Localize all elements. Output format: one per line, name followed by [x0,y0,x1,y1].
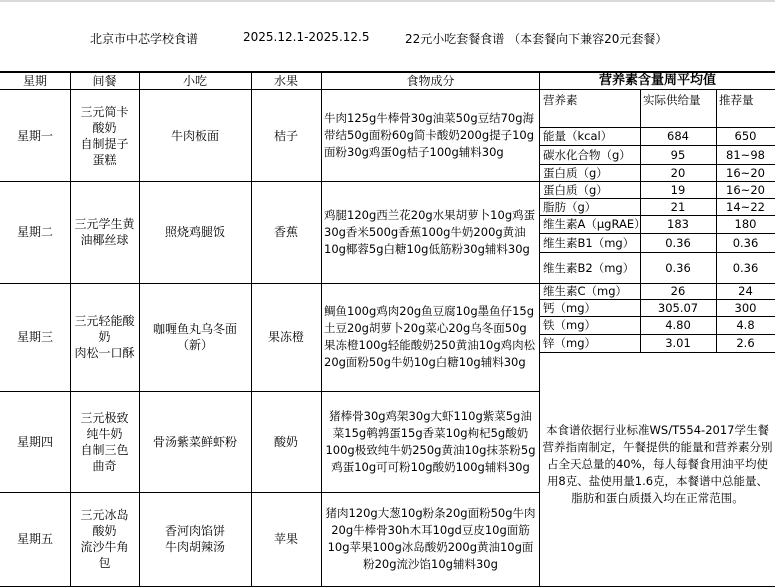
nutrient-recommended: 650 [716,127,775,145]
nutrient-name: 能量（kcal） [540,127,640,145]
grid-line [0,181,540,182]
grid-line [251,72,252,587]
nutrient-actual: 19 [640,181,716,198]
grid-line [540,145,775,146]
nutrient-name: 钙（mg） [540,299,640,316]
grid-line [540,181,775,182]
grid-line [540,334,775,335]
grid-line [0,492,540,493]
nutrient-name: 脂肪（g） [540,198,640,215]
nutrient-name: 锌（mg） [540,334,640,352]
ingredients-cell: 鲷鱼100g鸡肉20g鱼豆腐10g墨鱼仔15g土豆20g胡萝卜20g菜心20g乌… [321,283,540,391]
grid-line [321,72,322,587]
nutrition-title: 营养素含量周平均值 [540,72,775,90]
grid-line [540,198,775,199]
nutrient-recommended: 0.36 [716,233,775,252]
col-header-fruit: 水果 [251,72,321,90]
grid-line [540,215,775,216]
grid-line [0,89,775,90]
fruit-cell: 桔子 [251,90,321,181]
date-range: 2025.12.1-2025.12.5 [243,30,369,44]
nutrient-recommended: 4.8 [716,316,775,334]
grid-line [540,283,775,284]
grid-line [540,127,775,128]
nutrition-header-recommended: 推荐量 [716,90,775,127]
nutrition-note: 本食谱依据行业标准WS/T554-2017学生餐营养指南制定，午餐提供的能量和营… [540,352,775,586]
snack-meal-cell: 三元极致 纯牛奶 自制三色 曲奇 [70,391,139,492]
snack-meal-cell: 三元轻能酸 奶 肉松一口酥 [70,283,139,391]
grid-line [0,586,775,587]
fruit-cell: 果冻橙 [251,283,321,391]
school-name: 北京市中芯学校食谱 [90,30,198,47]
nutrient-recommended: 24 [716,283,775,299]
nutrient-name: 维生素A（μgRAE） [540,215,640,233]
grid-line [539,72,540,587]
dish-cell: 骨汤紫菜鲜虾粉 [139,391,251,492]
day-cell: 星期一 [0,90,70,181]
day-cell: 星期五 [0,492,70,586]
nutrient-actual: 183 [640,215,716,233]
grid-line [139,72,140,587]
dish-cell: 照烧鸡腿饭 [139,181,251,283]
nutrition-header-name: 营养素 [540,90,640,127]
grid-line [716,90,717,352]
nutrient-name: 维生素C（mg） [540,283,640,299]
nutrient-actual: 26 [640,283,716,299]
menu-title: 22元小吃套餐食谱 （本套餐向下兼容20元套餐） [405,30,667,47]
nutrient-actual: 684 [640,127,716,145]
day-cell: 星期三 [0,283,70,391]
nutrient-recommended: 16~20 [716,164,775,181]
col-header-day: 星期 [0,72,70,90]
grid-line [540,252,775,253]
nutrition-header-actual: 实际供给量 [640,90,716,127]
nutrient-name: 蛋白质（g） [540,164,640,181]
grid-line [540,316,775,317]
snack-meal-cell: 三元冰岛 酸奶 流沙牛角 包 [70,492,139,586]
nutrient-actual: 21 [640,198,716,215]
grid-line [70,72,71,587]
grid-line [540,233,775,234]
fruit-cell: 香蕉 [251,181,321,283]
fruit-cell: 苹果 [251,492,321,586]
nutrient-actual: 20 [640,164,716,181]
col-header-dish: 小吃 [139,72,251,90]
top-border [0,0,775,2]
nutrient-recommended: 180 [716,215,775,233]
col-header-ingredients: 食物成分 [321,72,540,90]
dish-cell: 牛肉板面 [139,90,251,181]
ingredients-cell: 猪肉120g大葱10g粉条20g面粉50g牛肉20g牛棒骨30h木耳10gd豆皮… [321,492,540,586]
grid-line [540,164,775,165]
grid-line [540,299,775,300]
fruit-cell: 酸奶 [251,391,321,492]
nutrient-name: 碳水化合物（g） [540,145,640,164]
col-header-snack-meal: 间餐 [70,72,139,90]
nutrient-recommended: 300 [716,299,775,316]
grid-line [0,71,775,73]
dish-cell: 咖喱鱼丸乌冬面 （新） [139,283,251,391]
day-cell: 星期四 [0,391,70,492]
nutrient-name: 维生素B2（mg） [540,252,640,283]
nutrient-actual: 95 [640,145,716,164]
nutrient-name: 蛋白质（g） [540,181,640,198]
day-cell: 星期二 [0,181,70,283]
ingredients-cell: 猪棒骨30g鸡架30g大虾110g紫菜5g油菜15g鹌鹑蛋15g香菜10g枸杞5… [321,391,540,492]
nutrient-recommended: 14~22 [716,198,775,215]
grid-line [0,283,540,284]
nutrient-actual: 305.07 [640,299,716,316]
nutrient-recommended: 16~20 [716,181,775,198]
nutrient-recommended: 81~98 [716,145,775,164]
nutrient-actual: 4.80 [640,316,716,334]
ingredients-cell: 鸡腿120g西兰花20g水果胡萝卜10g鸡蛋30g香米500g香蕉100g牛奶2… [321,181,540,283]
grid-line [640,90,641,352]
nutrient-recommended: 2.6 [716,334,775,352]
ingredients-cell: 牛肉125g牛棒骨30g油菜50g豆结70g海带结50g面粉60g简卡酸奶200… [321,90,540,181]
nutrient-actual: 3.01 [640,334,716,352]
snack-meal-cell: 三元学生黄 油椰丝球 [70,181,139,283]
nutrient-name: 维生素B1（mg） [540,233,640,252]
snack-meal-cell: 三元简卡 酸奶 自制提子 蛋糕 [70,90,139,181]
grid-line [0,391,540,392]
dish-cell: 香河肉馅饼 牛肉胡辣汤 [139,492,251,586]
nutrient-actual: 0.36 [640,252,716,283]
nutrient-actual: 0.36 [640,233,716,252]
nutrient-recommended: 0.36 [716,252,775,283]
nutrient-name: 铁（mg） [540,316,640,334]
